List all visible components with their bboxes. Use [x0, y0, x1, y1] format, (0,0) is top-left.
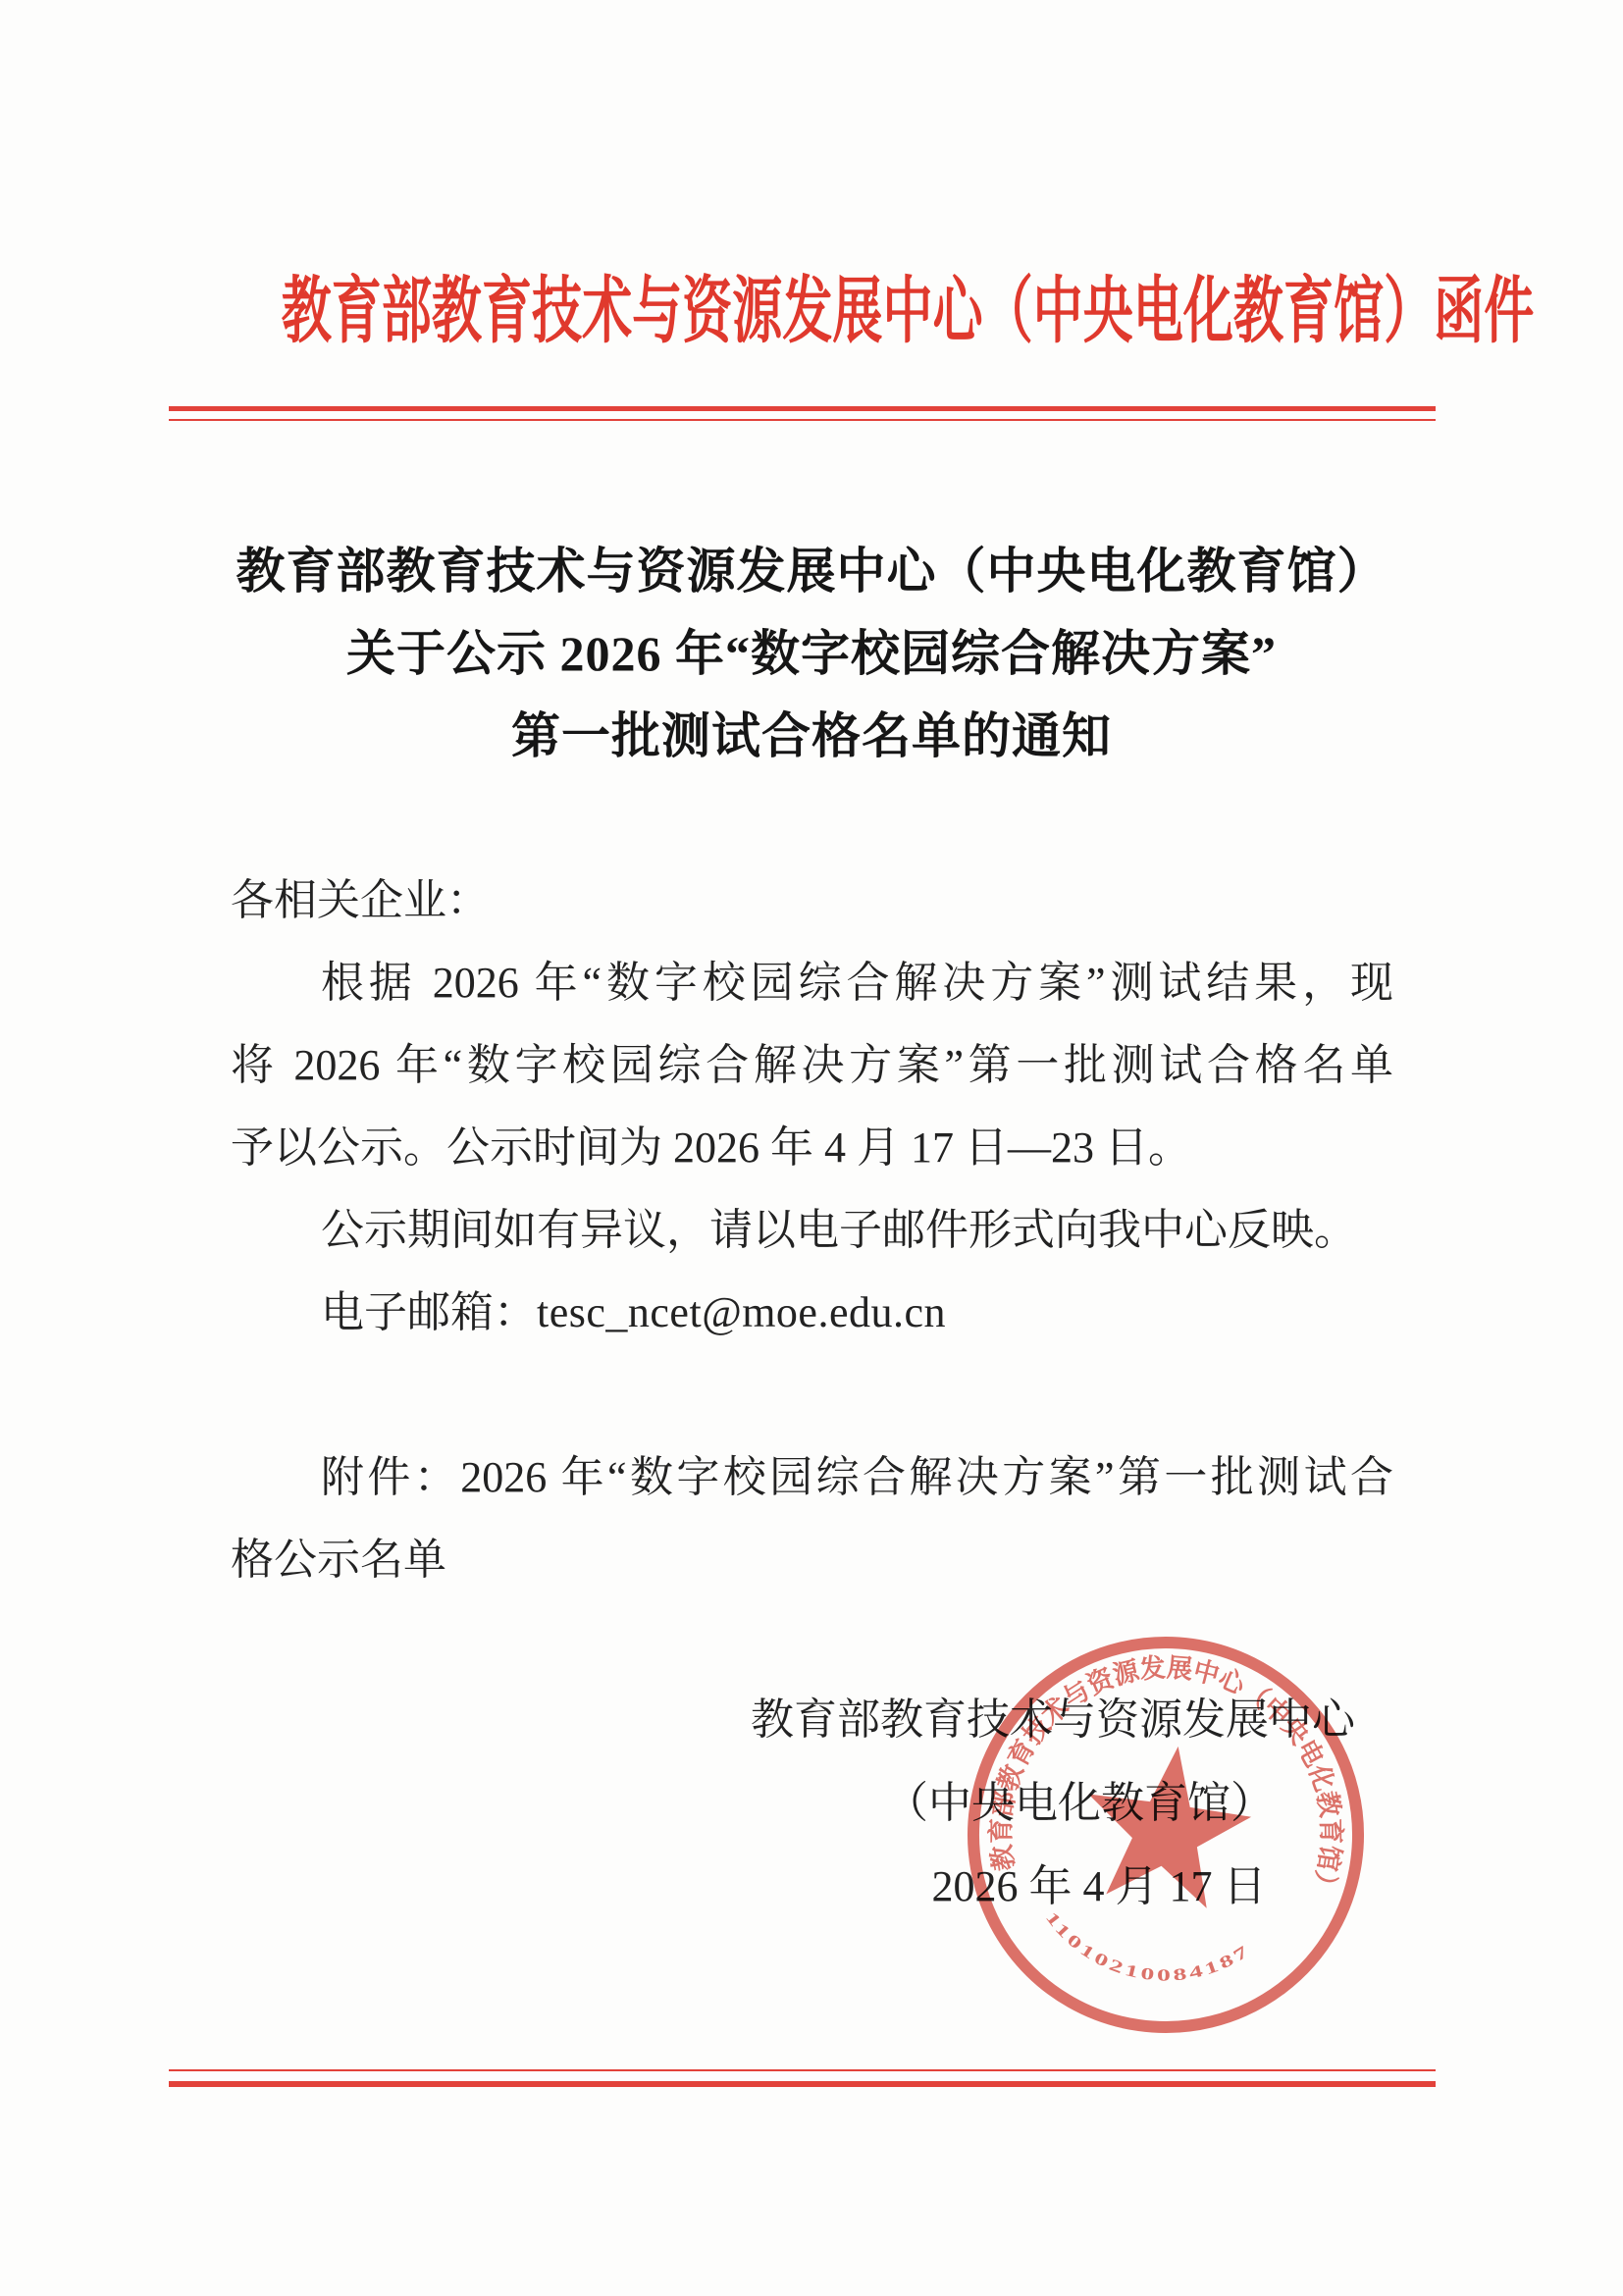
paragraph2-line: 公示期间如有异议，请以电子邮件形式向我中心反映。 — [231, 1189, 1393, 1272]
bottom-rule-thick — [169, 2081, 1436, 2087]
attachment-line-1: 附件：2026 年“数字校园综合解决方案”第一批测试合 — [231, 1436, 1393, 1519]
seal-code: 11010210084187 — [1035, 1906, 1257, 1998]
scanned-document-page: 教育部教育技术与资源发展中心（中央电化教育馆）函件 教育部教育技术与资源发展中心… — [0, 0, 1623, 2296]
document-title: 教育部教育技术与资源发展中心（中央电化教育馆） 关于公示 2026 年“数字校园… — [0, 530, 1623, 777]
letterhead-banner: 教育部教育技术与资源发展中心（中央电化教育馆）函件 — [0, 273, 1623, 351]
salutation: 各相关企业： — [231, 860, 1393, 942]
seal-star — [1075, 1735, 1260, 1912]
letterhead-title: 教育部教育技术与资源发展中心（中央电化教育馆）函件 — [282, 273, 1535, 351]
top-rule-thick — [169, 406, 1436, 411]
bottom-rule-thin — [169, 2069, 1436, 2071]
paragraph1-line-1: 根据 2026 年“数字校园综合解决方案”测试结果，现 — [231, 942, 1393, 1024]
blank-line — [231, 1354, 1393, 1436]
paragraph1-line-2: 将 2026 年“数字校园综合解决方案”第一批测试合格名单 — [231, 1024, 1393, 1107]
document-body: 各相关企业： 根据 2026 年“数字校园综合解决方案”测试结果，现 将 202… — [231, 860, 1393, 1601]
email-address: tesc_ncet@moe.edu.cn — [537, 1288, 946, 1336]
official-seal: 教育部教育技术与资源发展中心（中央电化教育馆） 11010210084187 — [933, 1602, 1398, 2067]
paragraph1-line-3: 予以公示。公示时间为 2026 年 4 月 17 日—23 日。 — [231, 1107, 1393, 1189]
document-title-line-3: 第一批测试合格名单的通知 — [0, 695, 1623, 777]
document-title-line-1: 教育部教育技术与资源发展中心（中央电化教育馆） — [0, 530, 1623, 612]
email-label: 电子邮箱： — [321, 1288, 537, 1336]
document-title-line-2: 关于公示 2026 年“数字校园综合解决方案” — [0, 612, 1623, 695]
seal-code-holder: 11010210084187 — [1035, 1906, 1257, 1998]
attachment-line-2: 格公示名单 — [231, 1519, 1393, 1601]
email-line: 电子邮箱：tesc_ncet@moe.edu.cn — [231, 1272, 1393, 1354]
top-rule-thin — [169, 419, 1436, 421]
